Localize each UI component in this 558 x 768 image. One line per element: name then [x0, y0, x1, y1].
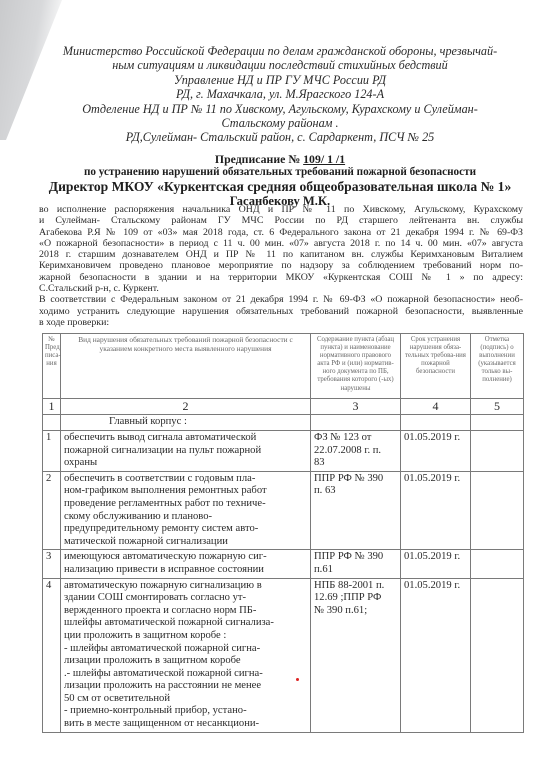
header-line: Управление НД и ПР ГУ МЧС России РД [30, 73, 530, 87]
row-number: 3 [43, 550, 61, 578]
paragraph-requirement: В соответствии с Федеральным законом от … [39, 294, 523, 328]
ink-mark [296, 678, 299, 681]
completion-mark [471, 578, 524, 732]
column-number-row: 1 2 3 4 5 [43, 399, 524, 415]
cell-line: лизации проложить на расстоянии не менее [64, 680, 307, 693]
cell-line: НПБ 88-2001 п. [314, 580, 397, 593]
cell-line: ции проложить в защитном коробе : [64, 630, 307, 643]
cell-line: вить в месте защищенном от несанкциони- [64, 718, 307, 731]
violation-text: обеспечить вывод сигнала автоматическойп… [61, 431, 311, 472]
cell-line: ППР РФ № 390 [314, 473, 397, 486]
cell-line: охраны [64, 457, 307, 470]
norm-reference: ППР РФ № 390п. 63 [311, 471, 401, 550]
violations-table: № Пред писа-ния Вид нарушения обязательн… [42, 333, 524, 733]
violation-text: имеющуюся автоматическую пожарную сиг-на… [61, 550, 311, 578]
header-line: РД,Сулейман- Стальский район, с. Сардарк… [30, 130, 530, 144]
row-number: 2 [43, 471, 61, 550]
cell-line: проведение регламентных работ по техниче… [64, 498, 307, 511]
column-header: № Пред писа-ния [43, 334, 61, 399]
norm-reference: ППР РФ № 390п.61 [311, 550, 401, 578]
row-number: 1 [43, 431, 61, 472]
deadline: 01.05.2019 г. [401, 578, 471, 732]
deadline: 01.05.2019 г. [401, 550, 471, 578]
cell-line: автоматическую пожарную сигнализацию в [64, 580, 307, 593]
deadline: 01.05.2019 г. [401, 431, 471, 472]
cell-line: обеспечить вывод сигнала автоматической [64, 432, 307, 445]
cell-line: 83 [314, 457, 397, 470]
cell-line: предупредительному ремонту систем авто- [64, 523, 307, 536]
table-row: 2 обеспечить в соответствии с годовым пл… [43, 471, 524, 550]
cell-line: 12.69 ;ППР РФ [314, 592, 397, 605]
header-line: ным ситуациям и ликвидации последствий с… [30, 58, 530, 72]
cell-line: - приемно-контрольный прибор, устано- [64, 705, 307, 718]
cell-line: лизации проложить в защитном коробе [64, 655, 307, 668]
cell-line: 22.07.2008 г. п. [314, 445, 397, 458]
table-row: 1 обеспечить вывод сигнала автоматическо… [43, 431, 524, 472]
cell-line: вержденного проекта и согласно норм ПБ- [64, 605, 307, 618]
document-subtitle: по устранению нарушений обязательных тре… [30, 166, 530, 179]
header-line: РД, г. Махачкала, ул. М.Ярагского 124-А [30, 87, 530, 101]
addressee: Директор МКОУ «Куркентская средняя общео… [30, 179, 530, 195]
completion-mark [471, 471, 524, 550]
prescription-number: 109/ 1 /1 [303, 152, 345, 166]
deadline: 01.05.2019 г. [401, 471, 471, 550]
header-line: Стальскому районам . [30, 116, 530, 130]
violation-text: автоматическую пожарную сигнализацию взд… [61, 578, 311, 732]
cell-line: № 390 п.61; [314, 605, 397, 618]
header-line: Министерство Российской Федерации по дел… [30, 44, 530, 58]
cell-line: скому обслуживанию и планово- [64, 511, 307, 524]
section-label: Главный корпус : [61, 415, 311, 431]
cell-line: ППР РФ № 390 [314, 551, 397, 564]
section-row: Главный корпус : [43, 415, 524, 431]
column-header: Срок устранения нарушения обяза-тельных … [401, 334, 471, 399]
norm-reference: НПБ 88-2001 п.12.69 ;ППР РФ№ 390 п.61; [311, 578, 401, 732]
row-number: 4 [43, 578, 61, 732]
cell-line: здании СОШ смонтировать согласно ут- [64, 592, 307, 605]
cell-line: - шлейфы автоматической пожарной сигна- [64, 643, 307, 656]
completion-mark [471, 550, 524, 578]
cell-line: шлейфы автоматической пожарной сигнализа… [64, 617, 307, 630]
cell-line: имеющуюся автоматическую пожарную сиг- [64, 551, 307, 564]
table-row: 3 имеющуюся автоматическую пожарную сиг-… [43, 550, 524, 578]
cell-line: .- шлейфы автоматической пожарной сигна- [64, 668, 307, 681]
completion-mark [471, 431, 524, 472]
violation-text: обеспечить в соответствии с годовым пла-… [61, 471, 311, 550]
document-body: во исполнение распоряжения начальника ОН… [39, 204, 523, 328]
cell-line: п. 63 [314, 485, 397, 498]
column-header: Содержание пункта (абзац пункта) и наиме… [311, 334, 401, 399]
norm-reference: ФЗ № 123 от22.07.2008 г. п.83 [311, 431, 401, 472]
header-line: Отделение НД и ПР № 11 по Хивскому, Агул… [30, 102, 530, 116]
cell-line: ном-графиком выполнения ремонтных работ [64, 485, 307, 498]
paragraph-inspection-basis: во исполнение распоряжения начальника ОН… [39, 204, 523, 294]
column-header: Отметка (подпись) о выполнении (указывае… [471, 334, 524, 399]
table-header-row: № Пред писа-ния Вид нарушения обязательн… [43, 334, 524, 399]
cell-line: п.61 [314, 564, 397, 577]
column-header: Вид нарушения обязательных требований по… [61, 334, 311, 399]
cell-line: ФЗ № 123 от [314, 432, 397, 445]
cell-line: 50 см от осветительной [64, 693, 307, 706]
document-title-block: Предписание № 109/ 1 /1 по устранению на… [30, 153, 530, 208]
cell-line: обеспечить в соответствии с годовым пла- [64, 473, 307, 486]
cell-line: матической пожарной сигнализации [64, 536, 307, 549]
cell-line: пожарной сигнализации на пульт пожарной [64, 445, 307, 458]
cell-line: нализацию привести в исправное состоянии [64, 564, 307, 577]
issuing-authority-header: Министерство Российской Федерации по дел… [30, 44, 530, 145]
document-title: Предписание № 109/ 1 /1 [30, 153, 530, 166]
table-row: 4 автоматическую пожарную сигнализацию в… [43, 578, 524, 732]
